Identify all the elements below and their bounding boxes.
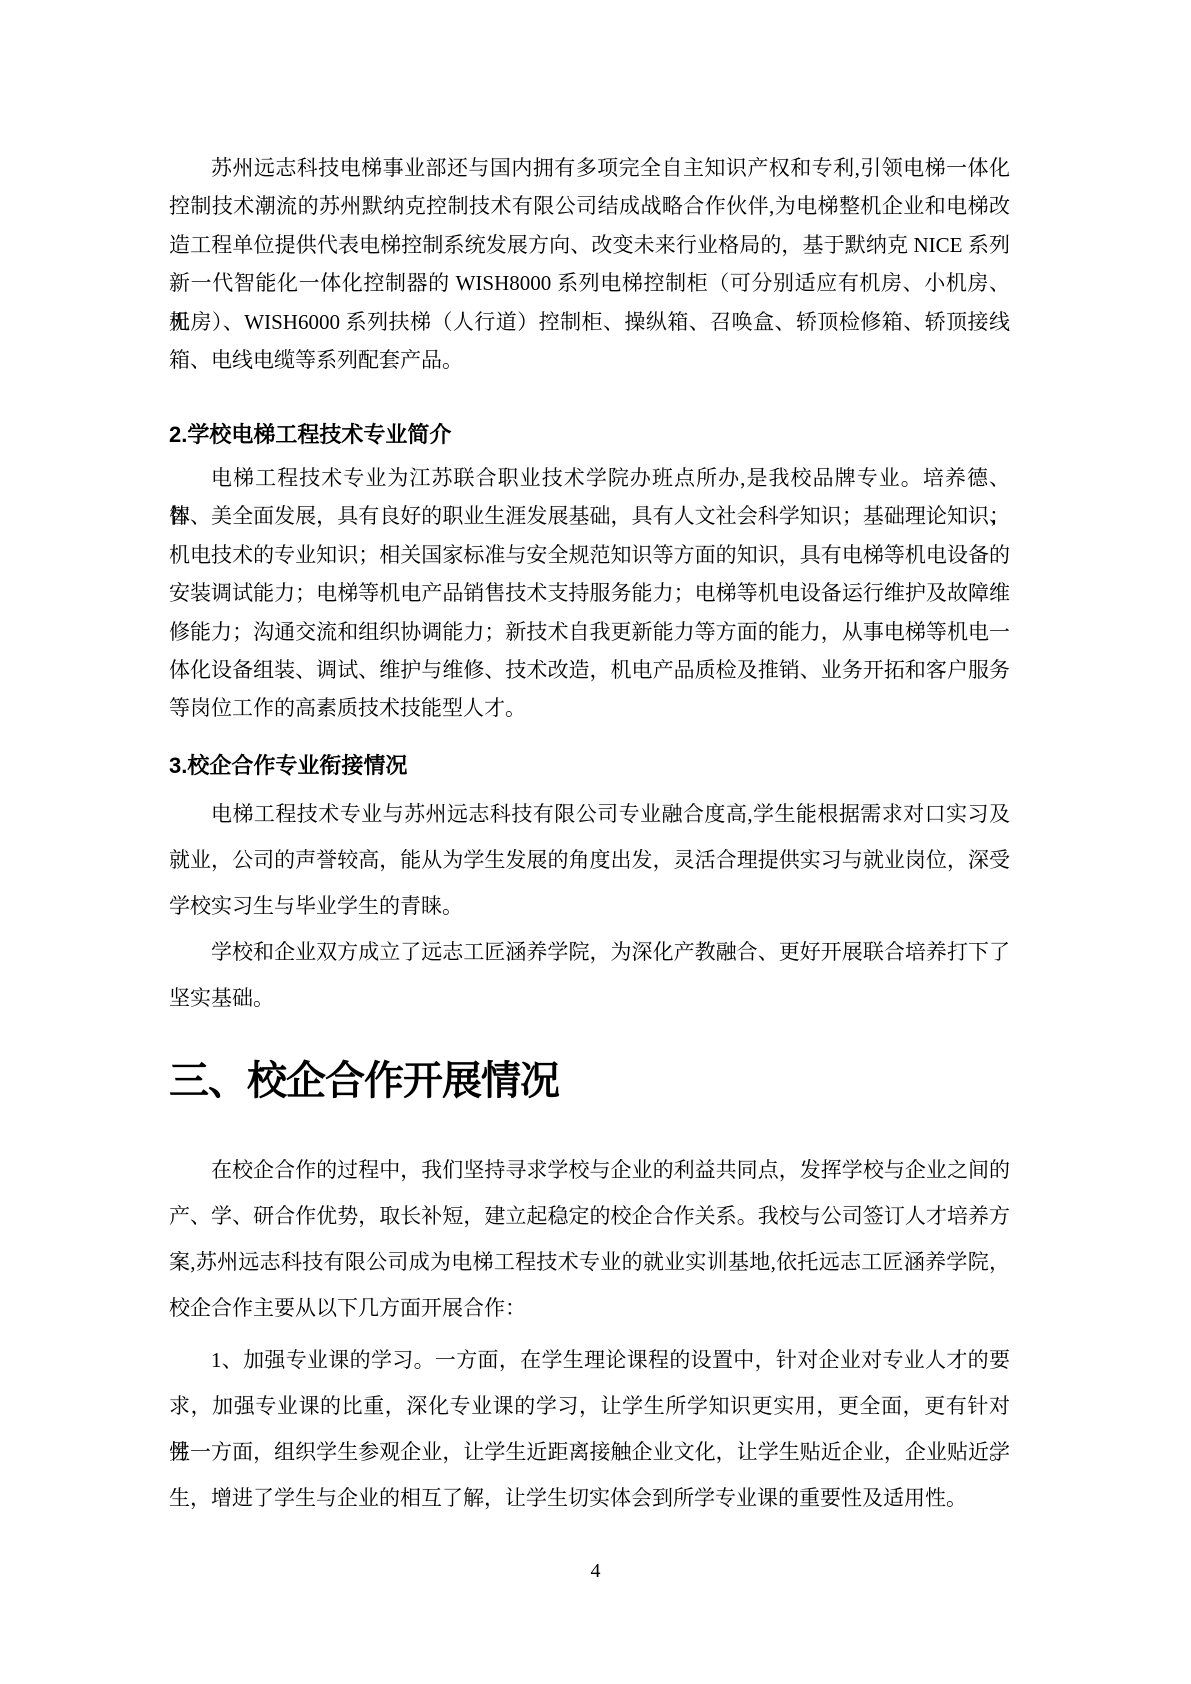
text-line: 新一代智能化一体化控制器的 WISH8000 系列电梯控制柜（可分别适应有机房、… [169, 264, 1010, 302]
text-line: 生，增进了学生与企业的相互了解，让学生切实体会到所学专业课的重要性及适用性。 [169, 1475, 1010, 1521]
text-line: 坚实基础。 [169, 975, 1010, 1021]
text-line: 学校实习生与毕业学生的青睐。 [169, 883, 1010, 929]
section-3-heading: 3.校企合作专业衔接情况 [169, 750, 1010, 782]
paragraph-cooperation-overview: 在校企合作的过程中，我们坚持寻求学校与企业的利益共同点，发挥学校与企业之间的 产… [169, 1147, 1010, 1331]
text-line: 体化设备组装、调试、维护与维修、技术改造，机电产品质检及推销、业务开拓和客户服务 [169, 651, 1010, 689]
text-line: 校企合作主要从以下几方面开展合作： [169, 1285, 1010, 1331]
text-line: 苏州远志科技电梯事业部还与国内拥有多项完全自主知识产权和专利,引领电梯一体化 [169, 149, 1010, 187]
chapter-3-heading: 三、校企合作开展情况 [169, 1056, 1010, 1106]
section-2-heading: 2.学校电梯工程技术专业简介 [169, 419, 1010, 451]
text-line: 另一方面，组织学生参观企业，让学生近距离接触企业文化，让学生贴近企业，企业贴近学 [169, 1429, 1010, 1475]
text-line: 等岗位工作的高素质技术技能型人才。 [169, 689, 1010, 727]
text-line: 造工程单位提供代表电梯控制系统发展方向、改变未来行业格局的，基于默纳克 NICE… [169, 226, 1010, 264]
text-line: 修能力；沟通交流和组织协调能力；新技术自我更新能力等方面的能力，从事电梯等机电一 [169, 613, 1010, 651]
text-line: 控制技术潮流的苏州默纳克控制技术有限公司结成战略合作伙伴,为电梯整机企业和电梯改 [169, 187, 1010, 225]
text-line: 机电技术的专业知识；相关国家标准与安全规范知识等方面的知识，具有电梯等机电设备的 [169, 536, 1010, 574]
text-line: 就业，公司的声誉较高，能从为学生发展的角度出发，灵活合理提供实习与就业岗位，深受 [169, 837, 1010, 883]
text-line: 1、加强专业课的学习。一方面，在学生理论课程的设置中，针对企业对专业人才的要 [169, 1337, 1010, 1383]
text-line: 箱、电线电缆等系列配套产品。 [169, 341, 1010, 379]
text-line: 体、美全面发展，具有良好的职业生涯发展基础，具有人文社会科学知识；基础理论知识； [169, 497, 1010, 535]
paragraph-major-intro: 电梯工程技术专业为江苏联合职业技术学院办班点所办,是我校品牌专业。培养德、智、 … [169, 459, 1010, 728]
text-line: 在校企合作的过程中，我们坚持寻求学校与企业的利益共同点，发挥学校与企业之间的 [169, 1147, 1010, 1193]
document-page: 苏州远志科技电梯事业部还与国内拥有多项完全自主知识产权和专利,引领电梯一体化 控… [0, 0, 1191, 1684]
text-line: 产、学、研合作优势，取长补短，建立起稳定的校企合作关系。我校与公司签订人才培养方 [169, 1193, 1010, 1239]
paragraph-item-1: 1、加强专业课的学习。一方面，在学生理论课程的设置中，针对企业对专业人才的要 求… [169, 1337, 1010, 1521]
text-line: 学校和企业双方成立了远志工匠涵养学院，为深化产教融合、更好开展联合培养打下了 [169, 929, 1010, 975]
text-line: 电梯工程技术专业为江苏联合职业技术学院办班点所办,是我校品牌专业。培养德、智、 [169, 459, 1010, 497]
paragraph-craftsman-college: 学校和企业双方成立了远志工匠涵养学院，为深化产教融合、更好开展联合培养打下了 坚… [169, 929, 1010, 1021]
text-line: 电梯工程技术专业与苏州远志科技有限公司专业融合度高,学生能根据需求对口实习及 [169, 791, 1010, 837]
paragraph-cooperation-fit: 电梯工程技术专业与苏州远志科技有限公司专业融合度高,学生能根据需求对口实习及 就… [169, 791, 1010, 929]
text-line: 机房）、WISH6000 系列扶梯（人行道）控制柜、操纵箱、召唤盒、轿顶检修箱、… [169, 303, 1010, 341]
text-line: 求，加强专业课的比重，深化专业课的学习，让学生所学知识更实用，更全面，更有针对性… [169, 1383, 1010, 1429]
page-number: 4 [0, 1558, 1191, 1584]
paragraph-company-intro: 苏州远志科技电梯事业部还与国内拥有多项完全自主知识产权和专利,引领电梯一体化 控… [169, 149, 1010, 379]
text-line: 案,苏州远志科技有限公司成为电梯工程技术专业的就业实训基地,依托远志工匠涵养学院… [169, 1239, 1010, 1285]
text-line: 安装调试能力；电梯等机电产品销售技术支持服务能力；电梯等机电设备运行维护及故障维 [169, 574, 1010, 612]
